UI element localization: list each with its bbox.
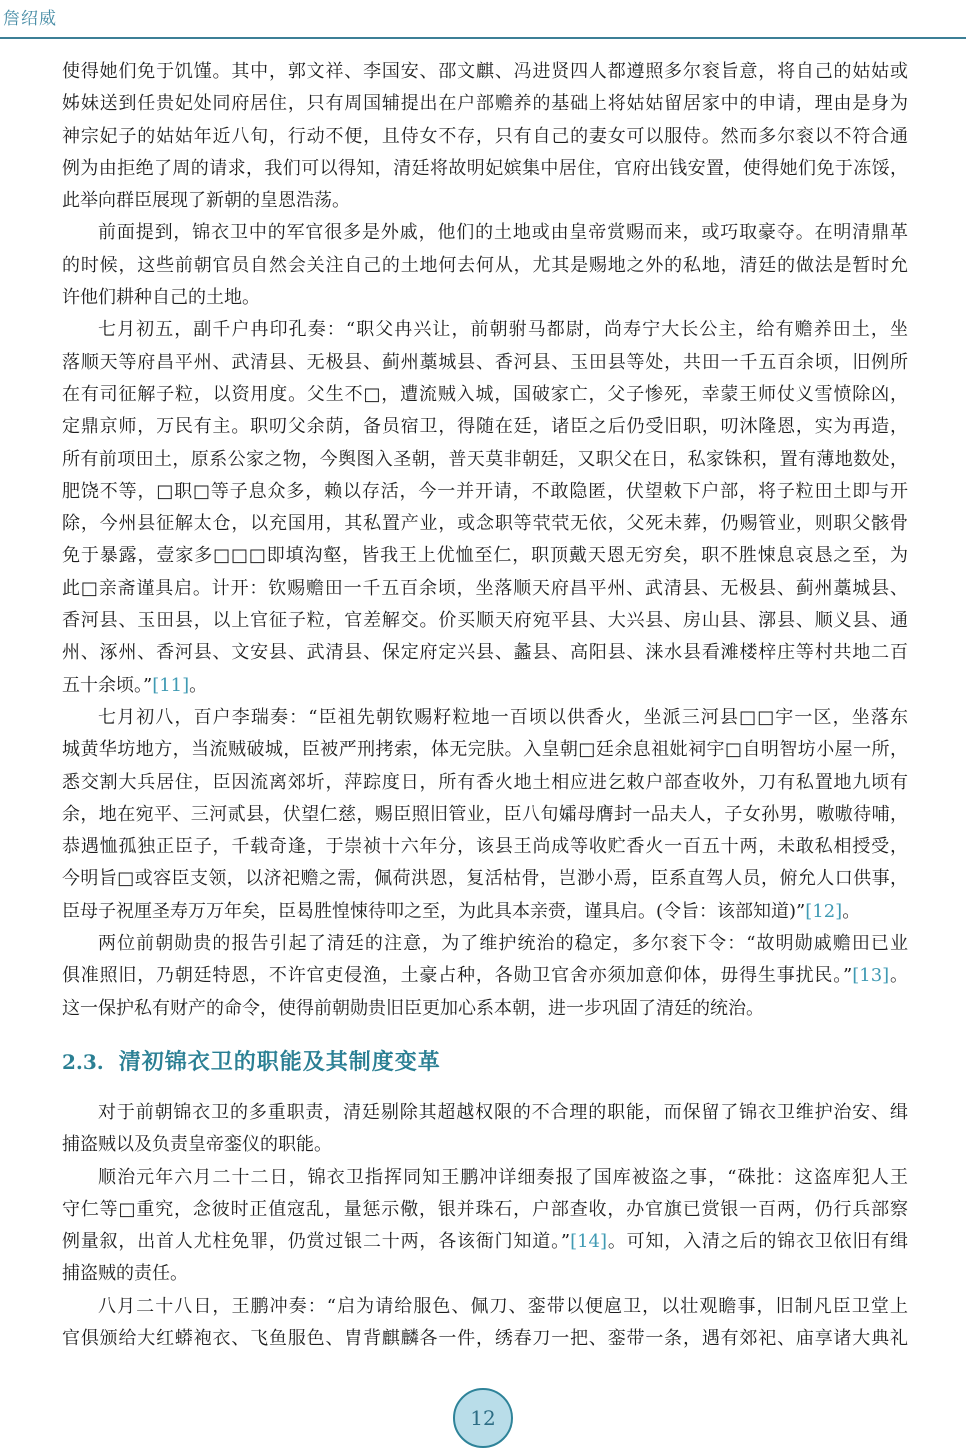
text-line: 肥饶不等，□职□等子息众多，赖以存活，今一并开请，不敢隐匿，伏望敕下户部，将子粒…: [62, 476, 908, 508]
text-segment: 。: [889, 965, 908, 986]
text-line: 城黄华坊地方，当流贼破城，臣被严刑拷索，体无完肤。入皇朝□廷余息祖妣祠宇□自明智…: [62, 734, 908, 766]
text-line: 守仁等□重究，念彼时正值寇乱，量惩示儆，银并珠石，户部查收，办官旗已赏银一百两，…: [62, 1194, 908, 1226]
section-title: 清初锦衣卫的职能及其制度变革: [119, 1050, 441, 1075]
text-line: 俱准照旧，乃朝廷特恩，不许官吏侵渔，土豪占种，各勋卫官舍亦须加意仰体，毋得生事扰…: [62, 960, 908, 992]
text-segment: 。: [842, 901, 860, 922]
text-line: 顺治元年六月二十二日，锦衣卫指挥同知王鹏冲详细奏报了国库被盗之事，“硃批：这盗库…: [62, 1162, 908, 1194]
text-line: 七月初五，副千户冉印孔奏：“职父冉兴让，前朝驸马都尉，尚寿宁大长公主，给有赡养田…: [62, 314, 908, 346]
text-line: 姊妹送到任贵妃处同府居住，只有周国辅提出在户部赡养的基础上将姑姑留居家中的申请，…: [62, 88, 908, 120]
text-segment: 落顺天等府昌平州、武清县、无极县、蓟州藁城县、香河县、玉田县等处，共田一千五百余…: [62, 352, 908, 373]
citation-link[interactable]: [11]: [152, 675, 189, 696]
text-line: 悉交割大兵居住，臣因流离郊圻，萍踪度日，所有香火地土相应进乞敕户部查收外，刀有私…: [62, 767, 908, 799]
text-line: 恭遇恤孤独正臣子，千载奇逢，于崇祯十六年分，该县王尚成等收贮香火一百五十两，未敢…: [62, 831, 908, 863]
page-number: 12: [470, 1406, 495, 1430]
text-segment: 捕盗贼以及负责皇帝銮仪的职能。: [62, 1134, 332, 1155]
text-segment: 香河县、玉田县，以上官征子粒，官差解交。价买顺天府宛平县、大兴县、房山县、漷县、…: [62, 610, 908, 631]
text-line: 臣母子祝厘圣寿万万年矣，臣曷胜惶悚待叩之至，为此具本亲赍，谨具启。(令旨：该部知…: [62, 896, 908, 928]
text-line: 余，地在宛平、三河贰县，伏望仁慈，赐臣照旧管业，臣八旬孀母膺封一品夫人，子女孙男…: [62, 799, 908, 831]
text-segment: 免于暴露，壹家多□□□即填沟壑，皆我王上优恤至仁，职顶戴天恩无穷矣，职不胜悚息哀…: [62, 545, 908, 566]
text-line: 使得她们免于饥馑。其中，郭文祥、李国安、邵文麒、冯进贤四人都遵照多尔衮旨意，将自…: [62, 56, 908, 88]
text-line: 两位前朝勋贵的报告引起了清廷的注意，为了维护统治的稳定，多尔衮下令：“故明勋戚赡…: [62, 928, 908, 960]
paragraph: 顺治元年六月二十二日，锦衣卫指挥同知王鹏冲详细奏报了国库被盗之事，“硃批：这盗库…: [62, 1162, 908, 1291]
text-segment: 五十余顷。”: [62, 675, 152, 696]
text-line: 的时候，这些前朝官员自然会关注自己的土地何去何从，尤其是赐地之外的私地，清廷的做…: [62, 250, 908, 282]
text-line: 官俱颁给大红蟒袍衣、飞鱼服色、胄背麒麟各一件，绣春刀一把、銮带一条，遇有郊祀、庙…: [62, 1323, 908, 1355]
text-line: 捕盗贼以及负责皇帝銮仪的职能。: [62, 1129, 908, 1161]
text-segment: 。: [189, 675, 207, 696]
text-segment: 官俱颁给大红蟒袍衣、飞鱼服色、胄背麒麟各一件，绣春刀一把、銮带一条，遇有郊祀、庙…: [62, 1328, 908, 1349]
text-line: 此举向群臣展现了新朝的皇恩浩荡。: [62, 185, 908, 217]
paragraph: 七月初八，百户李瑞奏：“臣祖先朝钦赐籽粒地一百顷以供香火，坐派三河县□□宇一区，…: [62, 702, 908, 928]
text-segment: 除，今州县征解太仓，以充国用，其私置产业，或念职等茕茕无依，父死未葬，仍赐管业，…: [62, 513, 908, 534]
paragraph: 使得她们免于饥馑。其中，郭文祥、李国安、邵文麒、冯进贤四人都遵照多尔衮旨意，将自…: [62, 56, 908, 217]
text-segment: 今明旨□或容臣支领，以济祀赡之需，佩荷洪恩，复活枯骨，岂渺小焉，臣系直驾人员，俯…: [62, 868, 908, 889]
text-segment: 使得她们免于饥馑。其中，郭文祥、李国安、邵文麒、冯进贤四人都遵照多尔衮旨意，将自…: [62, 61, 908, 82]
text-segment: 此举向群臣展现了新朝的皇恩浩荡。: [62, 190, 350, 211]
text-segment: 对于前朝锦衣卫的多重职责，清廷剔除其超越权限的不合理的职能，而保留了锦衣卫维护治…: [98, 1102, 908, 1123]
text-segment: 肥饶不等，□职□等子息众多，赖以存活，今一并开请，不敢隐匿，伏望敕下户部，将子粒…: [62, 481, 908, 502]
text-segment: 例量叙，出首人尤柱免罪，仍赏过银二十两，各该衙门知道。”: [62, 1231, 570, 1252]
text-segment: 这一保护私有财产的命令，使得前朝勋贵旧臣更加心系本朝，进一步巩固了清廷的统治。: [62, 998, 764, 1019]
text-segment: 此□亲斋谨具启。计开：钦赐赡田一千五百余顷，坐落顺天府昌平州、武清县、无极县、蓟…: [62, 578, 908, 599]
paragraph: 两位前朝勋贵的报告引起了清廷的注意，为了维护统治的稳定，多尔衮下令：“故明勋戚赡…: [62, 928, 908, 1025]
text-line: 州、涿州、香河县、文安县、武清县、保定府定兴县、蠡县、高阳县、涞水县看滩楼梓庄等…: [62, 637, 908, 669]
document-page: 詹绍威 使得她们免于饥馑。其中，郭文祥、李国安、邵文麒、冯进贤四人都遵照多尔衮旨…: [0, 0, 966, 1448]
text-line: 例量叙，出首人尤柱免罪，仍赏过银二十两，各该衙门知道。”[14]。可知，入清之后…: [62, 1226, 908, 1258]
section-number: 2.3.: [62, 1050, 104, 1074]
paragraph: 八月二十八日，王鹏冲奏：“启为请给服色、佩刀、銮带以便扈卫，以壮观瞻事，旧制凡臣…: [62, 1291, 908, 1356]
paragraph: 七月初五，副千户冉印孔奏：“职父冉兴让，前朝驸马都尉，尚寿宁大长公主，给有赡养田…: [62, 314, 908, 702]
text-segment: 城黄华坊地方，当流贼破城，臣被严刑拷索，体无完肤。入皇朝□廷余息祖妣祠宇□自明智…: [62, 739, 908, 760]
citation-link[interactable]: [13]: [852, 965, 889, 986]
text-segment: 许他们耕种自己的土地。: [62, 287, 260, 308]
text-segment: 悉交割大兵居住，臣因流离郊圻，萍踪度日，所有香火地土相应进乞敕户部查收外，刀有私…: [62, 772, 908, 793]
text-segment: 余，地在宛平、三河贰县，伏望仁慈，赐臣照旧管业，臣八旬孀母膺封一品夫人，子女孙男…: [62, 804, 908, 825]
text-line: 五十余顷。”[11]。: [62, 670, 908, 702]
citation-link[interactable]: [12]: [805, 901, 842, 922]
document-body: 使得她们免于饥馑。其中，郭文祥、李国安、邵文麒、冯进贤四人都遵照多尔衮旨意，将自…: [62, 56, 908, 1355]
text-line: 此□亲斋谨具启。计开：钦赐赡田一千五百余顷，坐落顺天府昌平州、武清县、无极县、蓟…: [62, 573, 908, 605]
text-segment: 俱准照旧，乃朝廷特恩，不许官吏侵渔，土豪占种，各勋卫官舍亦须加意仰体，毋得生事扰…: [62, 965, 852, 986]
page-number-badge: 12: [453, 1388, 513, 1448]
section-heading: 2.3.清初锦衣卫的职能及其制度变革: [62, 1047, 908, 1079]
text-segment: 前面提到，锦衣卫中的军官很多是外戚，他们的土地或由皇帝赏赐而来，或巧取豪夺。在明…: [98, 222, 908, 243]
text-segment: 在有司征解子粒，以资用度。父生不□，遭流贼入城，国破家亡，父子惨死，幸蒙王师仗义…: [62, 384, 908, 405]
text-segment: 定鼎京师，万民有主。职叨父余荫，备员宿卫，得随在廷，诸臣之后仍受旧职，叨沐隆恩，…: [62, 416, 908, 437]
text-segment: 例为由拒绝了周的请求，我们可以得知，清廷将故明妃嫔集中居住，官府出钱安置，使得她…: [62, 158, 908, 179]
text-segment: 恭遇恤孤独正臣子，千载奇逢，于崇祯十六年分，该县王尚成等收贮香火一百五十两，未敢…: [62, 836, 908, 857]
text-line: 对于前朝锦衣卫的多重职责，清廷剔除其超越权限的不合理的职能，而保留了锦衣卫维护治…: [62, 1097, 908, 1129]
text-line: 七月初八，百户李瑞奏：“臣祖先朝钦赐籽粒地一百顷以供香火，坐派三河县□□宇一区，…: [62, 702, 908, 734]
citation-link[interactable]: [14]: [570, 1231, 607, 1252]
text-line: 许他们耕种自己的土地。: [62, 282, 908, 314]
text-segment: 七月初五，副千户冉印孔奏：“职父冉兴让，前朝驸马都尉，尚寿宁大长公主，给有赡养田…: [98, 319, 908, 340]
text-segment: 捕盗贼的责任。: [62, 1263, 188, 1284]
text-line: 例为由拒绝了周的请求，我们可以得知，清廷将故明妃嫔集中居住，官府出钱安置，使得她…: [62, 153, 908, 185]
text-segment: 的时候，这些前朝官员自然会关注自己的土地何去何从，尤其是赐地之外的私地，清廷的做…: [62, 255, 908, 276]
text-line: 所有前项田土，原系公家之物，今舆图入圣朝，普天莫非朝廷，又职父在日，私家铢积，置…: [62, 444, 908, 476]
paragraph: 对于前朝锦衣卫的多重职责，清廷剔除其超越权限的不合理的职能，而保留了锦衣卫维护治…: [62, 1097, 908, 1162]
text-line: 神宗妃子的姑姑年近八旬，行动不便，且侍女不存，只有自己的妻女可以服侍。然而多尔衮…: [62, 121, 908, 153]
text-line: 前面提到，锦衣卫中的军官很多是外戚，他们的土地或由皇帝赏赐而来，或巧取豪夺。在明…: [62, 217, 908, 249]
text-segment: 。可知，入清之后的锦衣卫依旧有缉: [607, 1231, 908, 1252]
text-segment: 两位前朝勋贵的报告引起了清廷的注意，为了维护统治的稳定，多尔衮下令：“故明勋戚赡…: [98, 933, 908, 954]
text-line: 免于暴露，壹家多□□□即填沟壑，皆我王上优恤至仁，职顶戴天恩无穷矣，职不胜悚息哀…: [62, 540, 908, 572]
text-line: 今明旨□或容臣支领，以济祀赡之需，佩荷洪恩，复活枯骨，岂渺小焉，臣系直驾人员，俯…: [62, 863, 908, 895]
text-line: 落顺天等府昌平州、武清县、无极县、蓟州藁城县、香河县、玉田县等处，共田一千五百余…: [62, 347, 908, 379]
header-author-name: 詹绍威: [3, 4, 57, 29]
text-segment: 七月初八，百户李瑞奏：“臣祖先朝钦赐籽粒地一百顷以供香火，坐派三河县□□宇一区，…: [98, 707, 908, 728]
text-segment: 姊妹送到任贵妃处同府居住，只有周国辅提出在户部赡养的基础上将姑姑留居家中的申请，…: [62, 93, 908, 114]
text-line: 除，今州县征解太仓，以充国用，其私置产业，或念职等茕茕无依，父死未葬，仍赐管业，…: [62, 508, 908, 540]
text-line: 定鼎京师，万民有主。职叨父余荫，备员宿卫，得随在廷，诸臣之后仍受旧职，叨沐隆恩，…: [62, 411, 908, 443]
text-line: 捕盗贼的责任。: [62, 1258, 908, 1290]
text-segment: 神宗妃子的姑姑年近八旬，行动不便，且侍女不存，只有自己的妻女可以服侍。然而多尔衮…: [62, 126, 908, 147]
paragraph: 前面提到，锦衣卫中的军官很多是外戚，他们的土地或由皇帝赏赐而来，或巧取豪夺。在明…: [62, 217, 908, 314]
text-line: 八月二十八日，王鹏冲奏：“启为请给服色、佩刀、銮带以便扈卫，以壮观瞻事，旧制凡臣…: [62, 1291, 908, 1323]
text-segment: 州、涿州、香河县、文安县、武清县、保定府定兴县、蠡县、高阳县、涞水县看滩楼梓庄等…: [62, 642, 908, 663]
text-segment: 顺治元年六月二十二日，锦衣卫指挥同知王鹏冲详细奏报了国库被盗之事，“硃批：这盗库…: [98, 1167, 908, 1188]
text-segment: 所有前项田土，原系公家之物，今舆图入圣朝，普天莫非朝廷，又职父在日，私家铢积，置…: [62, 449, 908, 470]
text-segment: 臣母子祝厘圣寿万万年矣，臣曷胜惶悚待叩之至，为此具本亲赍，谨具启。(令旨：该部知…: [62, 901, 805, 922]
text-line: 在有司征解子粒，以资用度。父生不□，遭流贼入城，国破家亡，父子惨死，幸蒙王师仗义…: [62, 379, 908, 411]
header-rule: [0, 37, 966, 39]
text-segment: 八月二十八日，王鹏冲奏：“启为请给服色、佩刀、銮带以便扈卫，以壮观瞻事，旧制凡臣…: [98, 1296, 908, 1317]
text-line: 这一保护私有财产的命令，使得前朝勋贵旧臣更加心系本朝，进一步巩固了清廷的统治。: [62, 993, 908, 1025]
text-segment: 守仁等□重究，念彼时正值寇乱，量惩示儆，银并珠石，户部查收，办官旗已赏银一百两，…: [62, 1199, 908, 1220]
text-line: 香河县、玉田县，以上官征子粒，官差解交。价买顺天府宛平县、大兴县、房山县、漷县、…: [62, 605, 908, 637]
